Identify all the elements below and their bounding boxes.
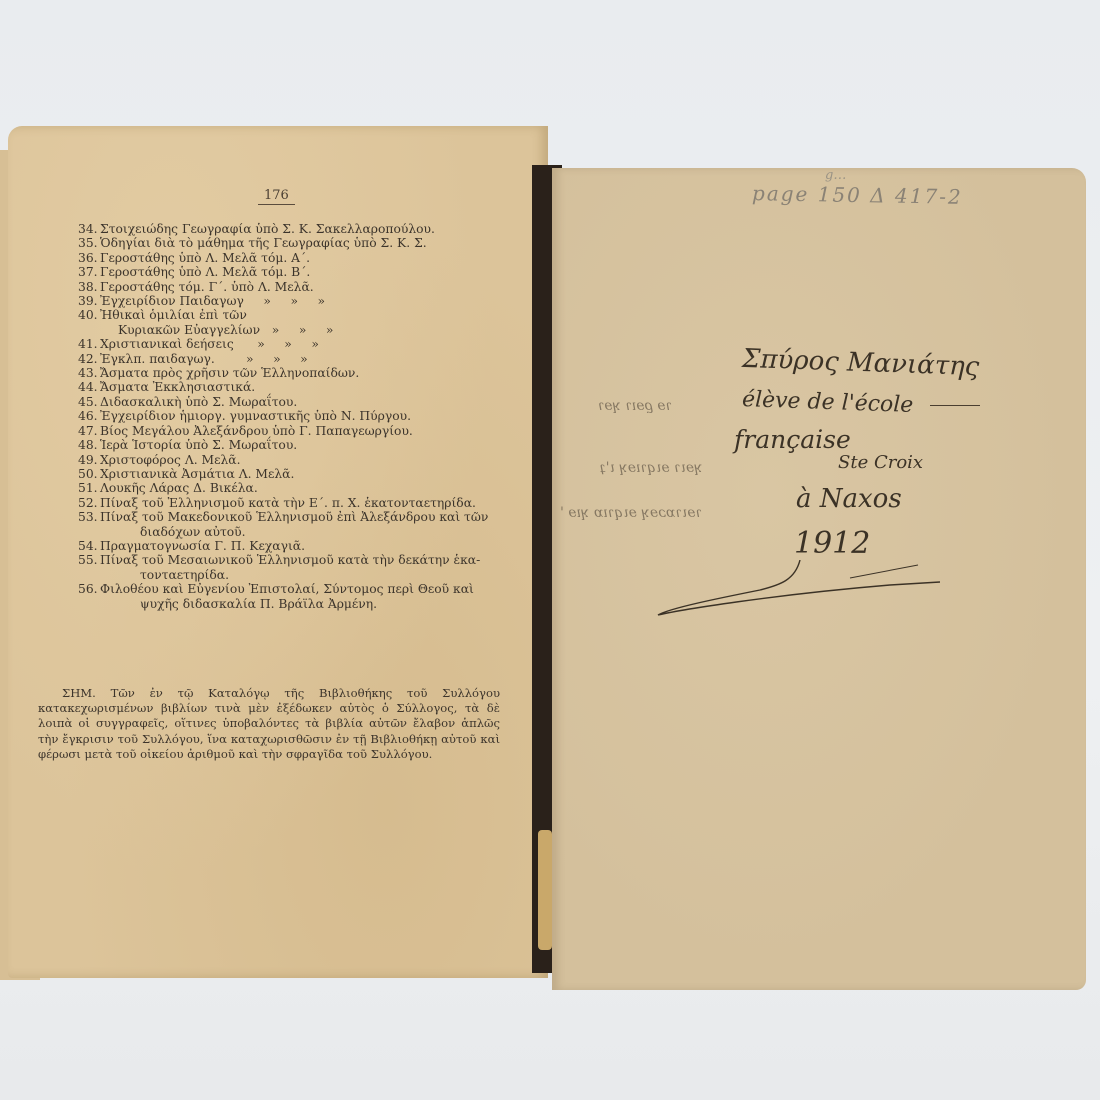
inscription-underline	[930, 405, 980, 406]
catalog-item-continuation: Κυριακῶν Εὐαγγελίων » » »	[78, 323, 518, 337]
catalog-item: 54.Πραγματογνωσία Γ. Π. Κεχαγιᾶ.	[78, 539, 518, 553]
signature-flourish-icon	[650, 560, 950, 620]
catalog-item: 49.Χριστοφόρος Λ. Μελᾶ.	[78, 453, 518, 467]
page-number: 176	[258, 188, 295, 205]
inscription-place: à Naxos	[796, 484, 902, 514]
catalog-item: 35.Ὁδηγίαι διὰ τὸ μάθημα τῆς Γεωγραφίας …	[78, 236, 518, 250]
catalog-item: 52.Πίναξ τοῦ Ἑλληνισμοῦ κατὰ τὴν Ε΄. π. …	[78, 496, 518, 510]
catalog-item: 45.Διδασκαλικὴ ὑπὸ Σ. Μωραΐτου.	[78, 395, 518, 409]
catalog-item: 56.Φιλοθέου καὶ Εὐγενίου Ἐπιστολαί, Σύντ…	[78, 582, 518, 596]
catalog-item: 55.Πίναξ τοῦ Μεσαιωνικοῦ Ἑλληνισμοῦ κατὰ…	[78, 553, 518, 567]
spine-tear	[538, 830, 552, 950]
book-catalog-list: 34.Στοιχειώδης Γεωγραφία ὑπὸ Σ. Κ. Σακελ…	[78, 222, 518, 611]
catalog-item: 44.Ἄσματα Ἐκκλησιαστικά.	[78, 380, 518, 394]
pencil-scribble: g…	[825, 168, 846, 183]
show-through-writing: ɿɘιɿɒɔɘʞ ɘιqɿıɒ ʞıɘ '	[560, 505, 702, 521]
catalog-item: 46.Ἐγχειρίδιον ἡμιοργ. γυμναστικῆς ὑπὸ Ν…	[78, 409, 518, 423]
catalog-item-continuation: διαδόχων αὐτοῦ.	[78, 525, 518, 539]
catalog-item: 51.Λουκῆς Λάρας Δ. Βικέλα.	[78, 481, 518, 495]
catalog-item: 43.Ἄσματα πρὸς χρῆσιν τῶν Ἑλληνοπαίδων.	[78, 366, 518, 380]
show-through-writing: ɿɘ ϱɘıɿ ʞɘɿ	[598, 398, 672, 414]
inscription-line: Ste Croix	[838, 452, 923, 473]
catalog-item: 36.Γεροστάθης ὑπὸ Λ. Μελᾶ τόμ. Α΄.	[78, 251, 518, 265]
catalog-item: 38.Γεροστάθης τόμ. Γ΄. ὑπὸ Λ. Μελᾶ.	[78, 280, 518, 294]
catalog-item: 37.Γεροστάθης ὑπὸ Λ. Μελᾶ τόμ. Β΄.	[78, 265, 518, 279]
catalog-item: 39.Ἐγχειρίδιον Παιδαγωγ » » »	[78, 294, 518, 308]
catalog-item-continuation: ψυχῆς διδασκαλία Π. Βράϊλα Ἀρμένη.	[78, 597, 518, 611]
inscription-line: française	[734, 425, 851, 454]
catalog-item: 40.Ἠθικαὶ ὁμιλίαι ἐπὶ τῶν	[78, 308, 518, 322]
catalog-item: 53.Πίναξ τοῦ Μακεδονικοῦ Ἑλληνισμοῦ ἐπὶ …	[78, 510, 518, 524]
catalog-item-continuation: τονταετηρίδα.	[78, 568, 518, 582]
catalog-item: 50.Χριστιανικὰ Ἀσμάτια Λ. Μελᾶ.	[78, 467, 518, 481]
inscription-year: 1912	[794, 526, 870, 561]
catalog-item: 42.Ἐγκλπ. παιδαγωγ. » » »	[78, 352, 518, 366]
catalog-item: 34.Στοιχειώδης Γεωγραφία ὑπὸ Σ. Κ. Σακελ…	[78, 222, 518, 236]
catalog-item: 48.Ἱερὰ Ἱστορία ὑπὸ Σ. Μωραΐτου.	[78, 438, 518, 452]
pencil-shelf-note: page 150 Δ 417-2	[752, 181, 963, 209]
catalog-item: 47.Βίος Μεγάλου Ἀλεξάνδρου ὑπὸ Γ. Παπαγε…	[78, 424, 518, 438]
catalog-footnote: ΣΗΜ. Τῶν ἐν τῷ Καταλόγῳ τῆς Βιβλιοθήκης …	[38, 686, 500, 762]
show-through-writing: ʞɘιɿ ɘιqɿıɘʞ ι'ʇ	[600, 460, 703, 476]
catalog-item: 41.Χριστιανικαὶ δεήσεις » » »	[78, 337, 518, 351]
